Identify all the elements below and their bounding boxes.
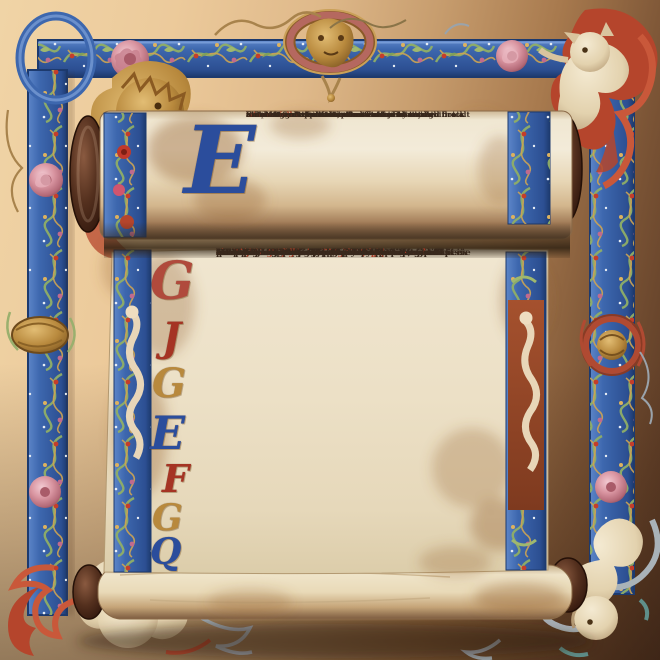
main-text-block: aurstrio noc fortscems una rime!bito acr… xyxy=(216,248,512,558)
illuminated-initial: G xyxy=(150,256,194,308)
illuminated-initial: J xyxy=(162,318,181,358)
roller-right-illuminated-band xyxy=(508,112,550,224)
illuminated-initial: G xyxy=(152,364,186,404)
sheet-right-illuminated-band xyxy=(506,252,546,570)
illuminated-initial: F xyxy=(162,460,189,498)
sheet-left-illuminated-band xyxy=(114,250,151,572)
roller-text-block: c ares ia aim ronan fiosrefl. x ritais w… xyxy=(246,111,514,223)
roller-illuminated-initial: E xyxy=(184,114,256,208)
roller-left-illuminated-band xyxy=(104,113,146,237)
illuminated-initial: Q xyxy=(150,534,181,570)
illuminated-initial: E xyxy=(150,410,185,456)
painting-illuminated-scroll: c ares ia aim ronan fiosrefl. x ritais w… xyxy=(0,0,660,660)
scroll-cast-shadow xyxy=(77,624,593,658)
